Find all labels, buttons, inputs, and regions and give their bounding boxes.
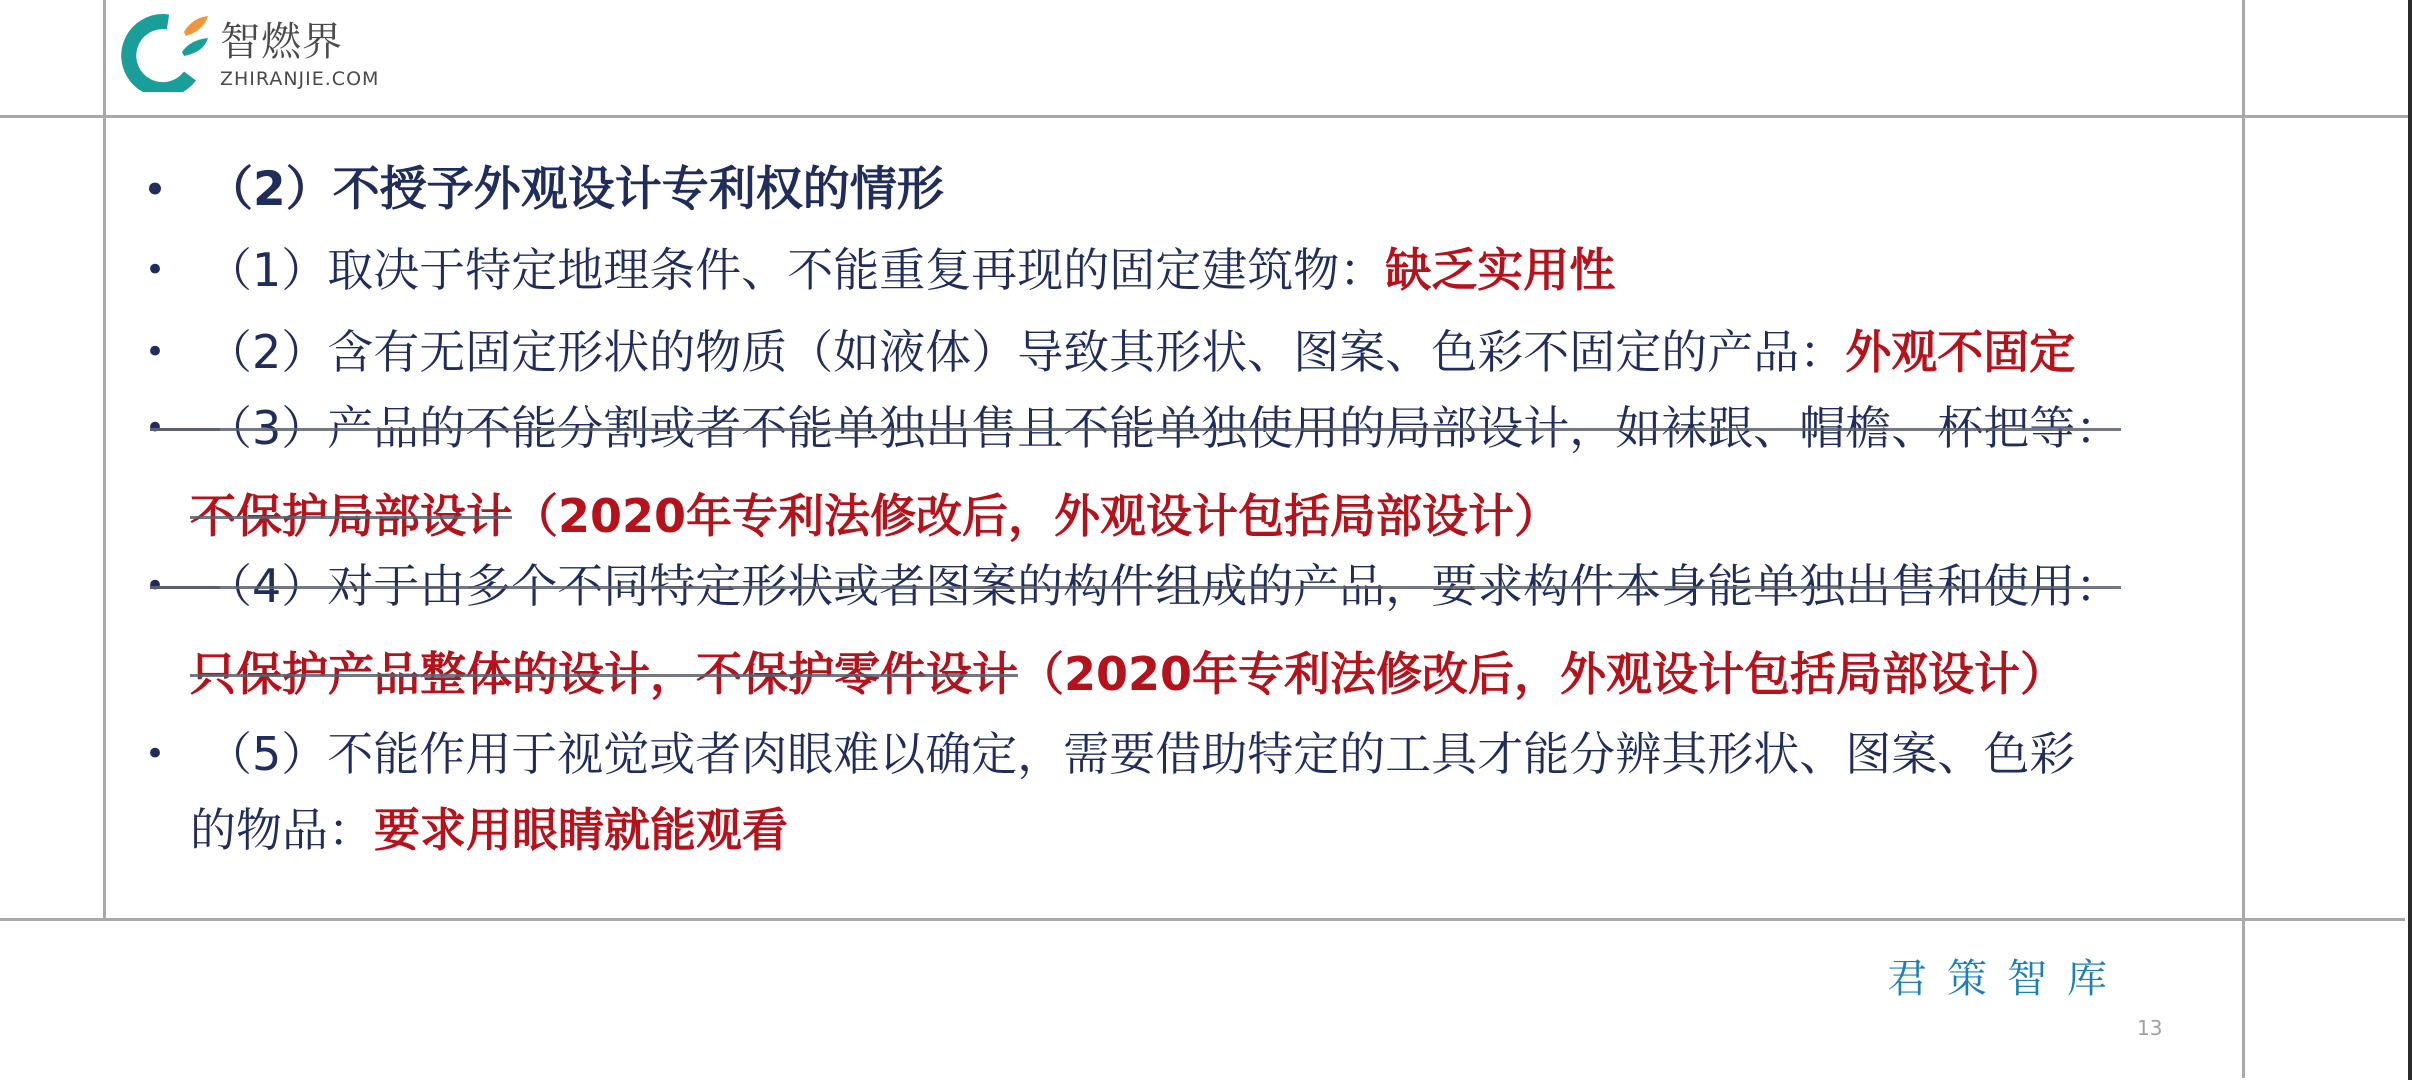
- footer-brand: 君策智库: [1887, 955, 2127, 1003]
- item-highlight-struck: 只保护产品整体的设计，不保护零件设计: [190, 647, 1018, 701]
- bullet-icon: •: [140, 230, 170, 310]
- bullet-icon: •: [140, 388, 170, 468]
- page-number: 13: [2137, 1016, 2162, 1040]
- list-item-3-continuation: 不保护局部设计（2020年专利法修改后，外观设计包括局部设计）: [140, 476, 2220, 546]
- logo-name-cn: 智燃界: [220, 20, 343, 64]
- logo: 智燃界 ZHIRANJIE.COM: [112, 12, 392, 92]
- logo-name-en: ZHIRANJIE.COM: [220, 68, 379, 90]
- list-item-3: • （3）产品的不能分割或者不能单独出售且不能单独使用的局部设计，如袜跟、帽檐、…: [140, 388, 2220, 476]
- bullet-icon: •: [140, 546, 170, 626]
- list-item-5-continuation: 的物品：要求用眼睛就能观看: [140, 790, 2220, 870]
- list-item-1: • （1）取决于特定地理条件、不能重复再现的固定建筑物：缺乏实用性: [140, 230, 2220, 312]
- slide-heading: • （2）不授予外观设计专利权的情形: [140, 150, 2220, 230]
- slide-content: • （2）不授予外观设计专利权的情形 • （1）取决于特定地理条件、不能重复再现…: [140, 150, 2220, 870]
- heading-text: （2）不授予外观设计专利权的情形: [206, 162, 944, 217]
- bullet-icon: •: [140, 714, 170, 794]
- left-divider: [103, 0, 106, 920]
- window-edge: [2408, 0, 2412, 1080]
- logo-mark-icon: [112, 12, 212, 92]
- bottom-divider: [0, 918, 2405, 921]
- bullet-icon: •: [140, 150, 170, 230]
- item-highlight: 缺乏实用性: [1385, 243, 1615, 297]
- item-highlight-struck: 不保护局部设计: [190, 489, 512, 543]
- item-text-cont: 的物品：: [190, 803, 374, 857]
- item-note: （2020年专利法修改后，外观设计包括局部设计）: [512, 489, 1560, 543]
- list-item-2: • （2）含有无固定形状的物质（如液体）导致其形状、图案、色彩不固定的产品：外观…: [140, 312, 2220, 388]
- right-divider: [2242, 0, 2245, 1078]
- bullet-icon: •: [140, 312, 170, 392]
- list-item-5: • （5）不能作用于视觉或者肉眼难以确定，需要借助特定的工具才能分辨其形状、图案…: [140, 714, 2220, 790]
- item-text: （1）取决于特定地理条件、不能重复再现的固定建筑物：: [206, 243, 1385, 297]
- top-divider: [0, 115, 2410, 118]
- item-text: （2）含有无固定形状的物质（如液体）导致其形状、图案、色彩不固定的产品：: [206, 325, 1845, 379]
- list-item-4-continuation: 只保护产品整体的设计，不保护零件设计（2020年专利法修改后，外观设计包括局部设…: [140, 634, 2220, 714]
- item-highlight: 要求用眼睛就能观看: [374, 803, 788, 857]
- item-highlight: 外观不固定: [1845, 325, 2075, 379]
- list-item-4: • （4）对于由多个不同特定形状或者图案的构件组成的产品，要求构件本身能单独出售…: [140, 546, 2220, 634]
- item-note: （2020年专利法修改后，外观设计包括局部设计）: [1018, 647, 2066, 701]
- item-text-struck: （4）对于由多个不同特定形状或者图案的构件组成的产品，要求构件本身能单独出售和使…: [206, 559, 2121, 613]
- item-text: （5）不能作用于视觉或者肉眼难以确定，需要借助特定的工具才能分辨其形状、图案、色…: [206, 727, 2075, 781]
- item-text-struck: （3）产品的不能分割或者不能单独出售且不能单独使用的局部设计，如袜跟、帽檐、杯把…: [206, 401, 2121, 455]
